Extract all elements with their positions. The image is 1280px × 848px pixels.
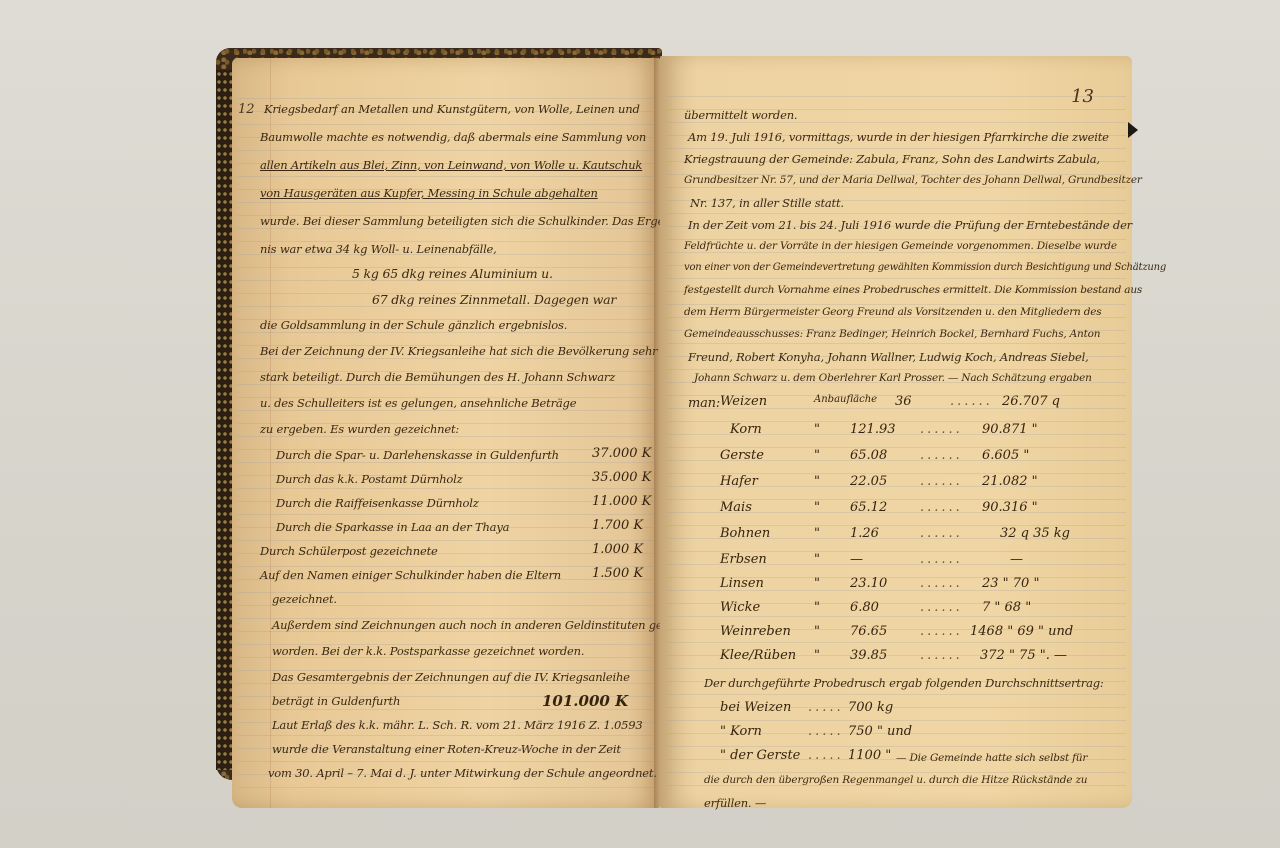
crop-row: Gerste " 65.08 ...... 6.605 ": [720, 448, 1120, 468]
crop-yield: 6.605 ": [982, 448, 1029, 463]
crop-note: ": [814, 526, 820, 541]
crop-yield: 7 " 68 ": [982, 600, 1031, 615]
text-line: stark beteiligt. Durch die Bemühungen de…: [260, 370, 615, 384]
text-line: Johann Schwarz u. dem Oberlehrer Karl Pr…: [694, 372, 1092, 384]
crop-name: Bohnen: [720, 526, 770, 541]
ruled-line: [666, 122, 1126, 123]
right-page: 13 übermittelt worden. Am 19. Juli 1916,…: [660, 56, 1132, 808]
subscription-label: Durch die Raiffeisenkasse Dürnholz: [276, 496, 479, 510]
text-line: 67 dkg reines Zinnmetall. Dagegen war: [372, 292, 616, 307]
page-number-right: 13: [1071, 86, 1094, 107]
ruled-line: [666, 746, 1126, 747]
crop-name: Hafer: [720, 474, 758, 489]
crop-yield: 21.082 ": [982, 474, 1038, 489]
total-amount: 101.000 K: [542, 692, 628, 710]
bookmark-ribbon: [1128, 122, 1138, 138]
crop-area: —: [850, 552, 863, 567]
text-line: Das Gesamtergebnis der Zeichnungen auf d…: [272, 670, 630, 684]
crop-note: ": [814, 624, 820, 639]
ruled-line: [666, 187, 1126, 188]
crop-note: Anbaufläche: [814, 394, 877, 405]
left-page: 12 Kriegsbedarf an Metallen und Kunstgüt…: [232, 58, 660, 808]
crop-note: ": [814, 500, 820, 515]
subscription-label: Auf den Namen einiger Schulkinder haben …: [260, 568, 561, 582]
ruled-line: [666, 148, 1126, 149]
ruled-line: [666, 369, 1126, 370]
probe-value: 700 kg: [848, 700, 893, 715]
subscription-label: Durch Schülerpost gezeichnete: [260, 544, 438, 558]
ruled-line: [666, 278, 1126, 279]
text-line: erfüllen. —: [704, 796, 766, 810]
crop-note: ": [814, 474, 820, 489]
subscription-label: Durch die Sparkasse in Laa an der Thaya: [276, 520, 509, 534]
ruled-line: [238, 202, 654, 203]
crop-row: Erbsen " — ...... —: [720, 552, 1120, 572]
marbled-cover-edge: [216, 70, 232, 770]
text-line: Grundbesitzer Nr. 57, und der Maria Dell…: [684, 174, 1142, 186]
text-line: beträgt in Guldenfurth: [272, 694, 400, 708]
crop-note: ": [814, 600, 820, 615]
subscription-amount: 11.000 K: [592, 494, 651, 509]
crop-name: Wicke: [720, 600, 760, 615]
crop-name: Mais: [720, 500, 752, 515]
text-line: Freund, Robert Konyha, Johann Wallner, L…: [688, 350, 1089, 364]
ruled-line: [666, 96, 1126, 97]
crop-name: Gerste: [720, 448, 764, 463]
ruled-line: [666, 720, 1126, 721]
crop-name: Korn: [730, 422, 762, 437]
text-line: — Die Gemeinde hatte sich selbst für: [896, 752, 1087, 764]
crop-area: 6.80: [850, 600, 879, 615]
text-line: Bei der Zeichnung der IV. Kriegsanleihe …: [260, 344, 657, 358]
text-line: die durch den übergroßen Regenmangel u. …: [704, 774, 1087, 786]
text-line: Kriegsbedarf an Metallen und Kunstgütern…: [264, 102, 640, 116]
probe-label: " Korn: [720, 724, 762, 739]
crop-area: 76.65: [850, 624, 887, 639]
ruled-line: [238, 358, 654, 359]
text-line: Feldfrüchte u. der Vorräte in der hiesig…: [684, 240, 1117, 252]
crop-area: 39.85: [850, 648, 887, 663]
text-line: In der Zeit vom 21. bis 24. Juli 1916 wu…: [688, 218, 1132, 232]
ruled-line: [238, 462, 654, 463]
ruled-line: [238, 98, 654, 99]
ruled-line: [238, 150, 654, 151]
text-line: Außerdem sind Zeichnungen auch noch in a…: [272, 618, 698, 632]
crops-intro: man:: [688, 396, 720, 411]
text-line: Baumwolle machte es notwendig, daß aberm…: [260, 130, 646, 144]
crop-area: 65.08: [850, 448, 887, 463]
text-line: von einer von der Gemeindevertretung gew…: [684, 262, 1166, 273]
crop-yield: 32 q 35 kg: [1000, 526, 1070, 541]
crop-name: Linsen: [720, 576, 764, 591]
crop-area: 65.12: [850, 500, 887, 515]
ruled-line: [238, 436, 654, 437]
ruled-line: [238, 228, 654, 229]
text-line: nis war etwa 34 kg Woll- u. Leinenabfäll…: [260, 242, 497, 256]
ruled-line: [238, 514, 654, 515]
subscription-amount: 37.000 K: [592, 446, 651, 461]
probe-intro: Der durchgeführte Probedrusch ergab folg…: [704, 676, 1104, 690]
ruled-line: [238, 540, 654, 541]
left-page-overflow-anchor: [270, 0, 271, 1]
crop-name: Weizen: [720, 394, 767, 409]
text-line: von Hausgeräten aus Kupfer, Messing in S…: [260, 186, 598, 200]
text-line: Laut Erlaß des k.k. mähr. L. Sch. R. vom…: [272, 718, 642, 732]
subscription-amount: 1.000 K: [592, 542, 643, 557]
text-line: dem Herrn Bürgermeister Georg Freund als…: [684, 306, 1101, 318]
text-line: Kriegstrauung der Gemeinde: Zabula, Fran…: [684, 152, 1100, 166]
crop-row: Klee/Rüben " 39.85 ...... 372 " 75 ". —: [720, 648, 1120, 668]
crop-area: 22.05: [850, 474, 887, 489]
subscription-label: Durch das k.k. Postamt Dürnholz: [276, 472, 462, 486]
crop-name: Klee/Rüben: [720, 648, 796, 663]
crop-row: Korn " 121.93 ...... 90.871 ": [720, 422, 1120, 442]
text-line: Gemeindeausschusses: Franz Bedinger, Hei…: [684, 328, 1100, 340]
crop-row: Weinreben " 76.65 ...... 1468 " 69 " und: [720, 624, 1120, 644]
crop-row: Mais " 65.12 ...... 90.316 ": [720, 500, 1120, 520]
probe-label: " der Gerste: [720, 748, 800, 763]
text-line: übermittelt worden.: [684, 108, 797, 122]
subscription-label: Durch die Spar- u. Darlehenskasse in Gul…: [276, 448, 559, 462]
ruled-line: [238, 488, 654, 489]
text-line: festgestellt durch Vornahme eines Probed…: [684, 284, 1142, 296]
ruled-line: [238, 410, 654, 411]
probe-value: 1100 ": [848, 748, 891, 763]
text-line: allen Artikeln aus Blei, Zinn, von Leinw…: [260, 158, 642, 172]
crop-yield: 372 " 75 ". —: [980, 648, 1067, 663]
text-line: wurde die Veranstaltung einer Roten-Kreu…: [272, 742, 621, 756]
ruled-line: [666, 213, 1126, 214]
crop-area: 1.26: [850, 526, 879, 541]
ruled-line: [666, 304, 1126, 305]
crop-row: Wicke " 6.80 ...... 7 " 68 ": [720, 600, 1120, 620]
crop-name: Weinreben: [720, 624, 791, 639]
crop-yield: 90.316 ": [982, 500, 1038, 515]
text-line: worden. Bei der k.k. Postsparkasse gezei…: [272, 644, 584, 658]
crop-row: Weizen Anbaufläche 36 ...... 26.707 q: [720, 394, 1120, 414]
subscription-amount: 1.700 K: [592, 518, 643, 533]
crop-row: Bohnen " 1.26 ...... 32 q 35 kg: [720, 526, 1120, 546]
crop-name: Erbsen: [720, 552, 767, 567]
ruled-line: [238, 787, 654, 788]
crop-note: ": [814, 422, 820, 437]
ruled-line: [238, 761, 654, 762]
crop-area: 121.93: [850, 422, 896, 437]
ruled-line: [238, 332, 654, 333]
text-line: gezeichnet.: [272, 592, 337, 606]
probe-value: 750 " und: [848, 724, 912, 739]
text-line: die Goldsammlung in der Schule gänzlich …: [260, 318, 567, 332]
crop-row: Linsen " 23.10 ...... 23 " 70 ": [720, 576, 1120, 596]
ruled-line: [666, 694, 1126, 695]
crop-yield: 90.871 ": [982, 422, 1038, 437]
ruled-line: [238, 176, 654, 177]
crop-yield: 1468 " 69 " und: [970, 624, 1073, 639]
ruled-line: [666, 343, 1126, 344]
text-line: wurde. Bei dieser Sammlung beteiligten s…: [260, 214, 675, 228]
ruled-line: [666, 252, 1126, 253]
text-line: 5 kg 65 dkg reines Aluminium u.: [352, 266, 553, 281]
text-line: vom 30. April – 7. Mai d. J. unter Mitwi…: [268, 766, 657, 780]
crop-yield: 23 " 70 ": [982, 576, 1039, 591]
text-line: u. des Schulleiters ist es gelungen, ans…: [260, 396, 576, 410]
text-line: zu ergeben. Es wurden gezeichnet:: [260, 422, 459, 436]
ruled-line: [238, 384, 654, 385]
probe-row: bei Weizen ..... 700 kg: [720, 700, 1120, 720]
subscription-amount: 1.500 K: [592, 566, 643, 581]
crop-note: ": [814, 648, 820, 663]
crop-yield: 26.707 q: [1002, 394, 1060, 409]
ruled-line: [238, 735, 654, 736]
crop-area: 36: [895, 394, 912, 409]
probe-row: " Korn ..... 750 " und: [720, 724, 1120, 744]
subscription-amount: 35.000 K: [592, 470, 651, 485]
crop-area: 23.10: [850, 576, 887, 591]
crop-note: ": [814, 448, 820, 463]
crop-note: ": [814, 552, 820, 567]
ruled-line: [666, 668, 1126, 669]
probe-label: bei Weizen: [720, 700, 791, 715]
crop-yield: —: [1010, 552, 1023, 567]
text-line: Nr. 137, in aller Stille statt.: [690, 196, 844, 210]
ruled-line: [666, 772, 1126, 773]
page-number-left: 12: [238, 102, 255, 117]
crop-note: ": [814, 576, 820, 591]
crop-row: Hafer " 22.05 ...... 21.082 ": [720, 474, 1120, 494]
ruled-line: [238, 124, 654, 125]
text-line: Am 19. Juli 1916, vormittags, wurde in d…: [688, 130, 1109, 144]
